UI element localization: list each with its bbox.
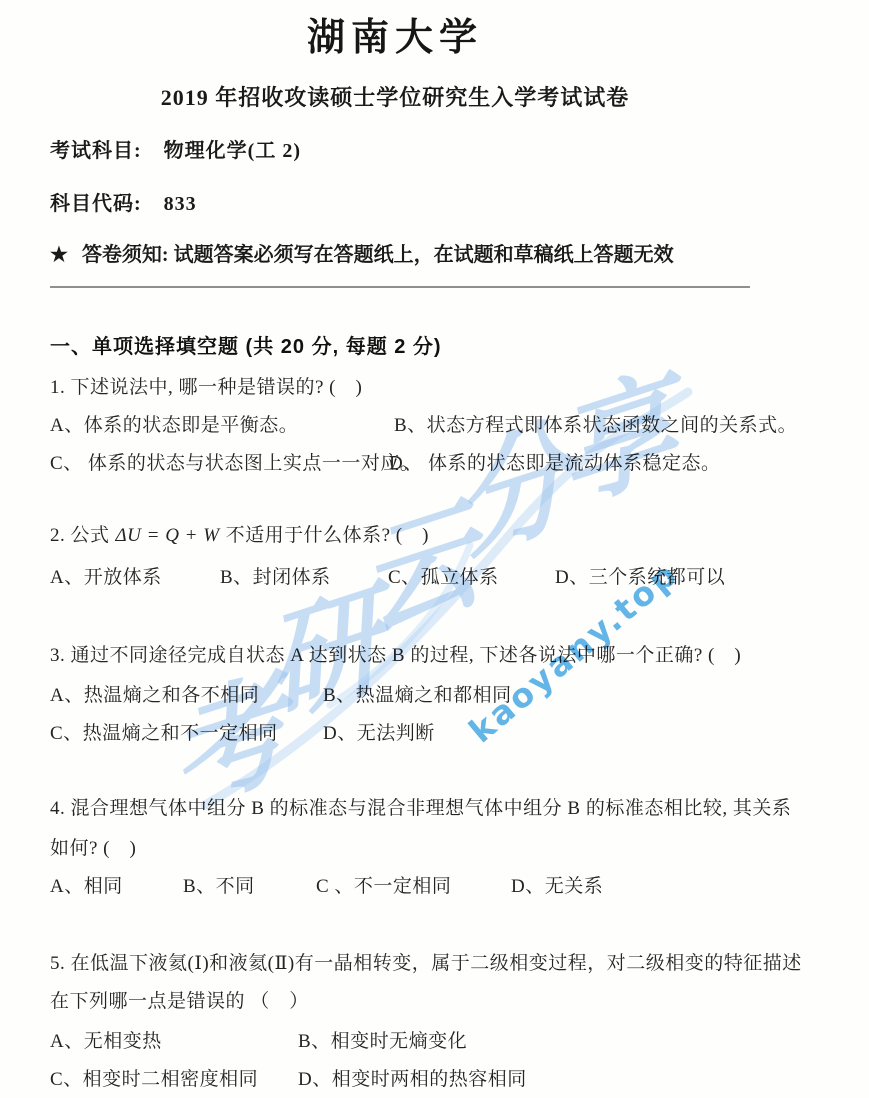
question-2-prompt: 2. 公式ΔU = Q + W不适用于什么体系? ( ) [50,520,429,547]
watermark-brush-stroke [0,0,869,1098]
question-2-suffix: 不适用于什么体系? ( ) [226,525,429,546]
question-3-prompt: 3. 通过不同途径完成自状态 A 达到状态 B 的过程, 下述各说法中哪一个正确… [50,640,741,667]
code-value: 833 [164,193,197,215]
question-1-option-a: A、体系的状态即是平衡态。 [50,410,298,437]
question-4-option-d: D、无关系 [511,871,603,898]
question-1-option-c: C、 体系的状态与状态图上实点一一对应。 [50,448,419,475]
university-title: 湖南大学 [0,6,790,61]
question-2-option-a: A、开放体系 [50,562,162,589]
code-label: 科目代码: [50,193,142,215]
notice-label: 答卷须知: [82,244,169,266]
star-icon: ★ [50,242,68,267]
question-2-formula: ΔU = Q + W [110,525,226,546]
question-4-option-b: B、不同 [183,871,255,898]
exam-paper-page: 湖南大学 2019 年招收攻读硕士学位研究生入学考试试卷 考试科目: 物理化学(… [0,0,869,1098]
question-5-option-a: A、无相变热 [50,1026,162,1053]
question-3-option-a: A、热温熵之和各不相同 [50,680,259,707]
section-heading: 一、单项选择填空题 (共 20 分, 每题 2 分) [50,330,442,359]
subject-line: 考试科目: 物理化学(工 2) [50,134,301,163]
question-2-option-d: D、三个系统都可以 [555,562,725,589]
question-1-prompt: 1. 下述说法中, 哪一种是错误的? ( ) [50,372,362,399]
watermark-layer: 考 研 云 分 享 kaoyany.top [0,0,869,1098]
watermark-char-yun: 云 [346,456,488,662]
question-4-prompt-line2: 如何? ( ) [50,833,136,860]
subject-label: 考试科目: [50,140,142,162]
question-2-option-b: B、封闭体系 [220,562,331,589]
question-1-option-b: B、状态方程式即体系状态函数之间的关系式。 [394,410,797,437]
question-2-prefix: 2. 公式 [50,525,110,546]
question-4-prompt-line1: 4. 混合理想气体中组分 B 的标准态与混合非理想气体中组分 B 的标准态相比较… [50,793,791,820]
exam-title: 2019 年招收攻读硕士学位研究生入学考试试卷 [0,81,790,112]
question-5-prompt-line1: 5. 在低温下液氦(Ⅰ)和液氦(Ⅱ)有一晶相转变，属于二级相变过程，对二级相变的… [50,948,802,975]
question-4-option-c: C 、不一定相同 [316,871,451,898]
question-4-option-a: A、相同 [50,871,123,898]
question-5-option-b: B、相变时无熵变化 [298,1026,467,1053]
question-5-prompt-line2: 在下列哪一点是错误的 （ ） [50,986,309,1013]
question-1-option-d: D、 体系的状态即是流动体系稳定态。 [389,448,720,475]
question-3-option-d: D、无法判断 [323,718,435,745]
question-5-option-d: D、相变时两相的热容相同 [298,1064,527,1091]
header-divider [50,286,750,288]
subject-code-line: 科目代码: 833 [50,187,197,216]
question-5-option-c: C、相变时二相密度相同 [50,1064,258,1091]
notice-text: 试题答案必须写在答题纸上，在试题和草稿纸上答题无效 [174,244,674,266]
question-3-option-c: C、热温熵之和不一定相同 [50,718,278,745]
question-2-option-c: C、孤立体系 [388,562,499,589]
answer-notice-line: ★答卷须知: 试题答案必须写在答题纸上，在试题和草稿纸上答题无效 [50,238,674,267]
subject-value: 物理化学(工 2) [164,140,301,162]
question-3-option-b: B、热温熵之和都相同 [323,680,512,707]
